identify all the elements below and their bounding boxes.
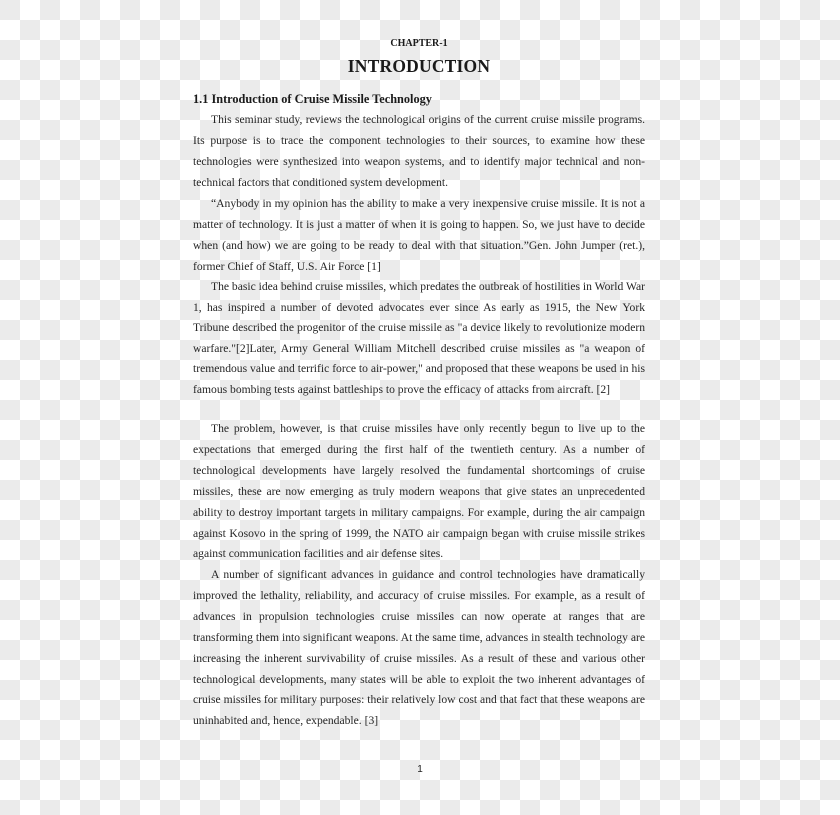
section-heading: 1.1 Introduction of Cruise Missile Techn… xyxy=(193,92,432,107)
paragraph-seminar-study: This seminar study, reviews the technolo… xyxy=(193,109,645,193)
paragraph-quote-jumper: “Anybody in my opinion has the ability t… xyxy=(193,193,645,277)
paragraph-problem: The problem, however, is that cruise mis… xyxy=(193,419,645,565)
paragraph-advances: A number of significant advances in guid… xyxy=(193,565,645,732)
page-number: 1 xyxy=(414,764,426,776)
chapter-label: CHAPTER-1 xyxy=(193,38,645,50)
chapter-title: INTRODUCTION xyxy=(193,55,645,77)
paragraph-basic-idea: The basic idea behind cruise missiles, w… xyxy=(193,277,645,401)
